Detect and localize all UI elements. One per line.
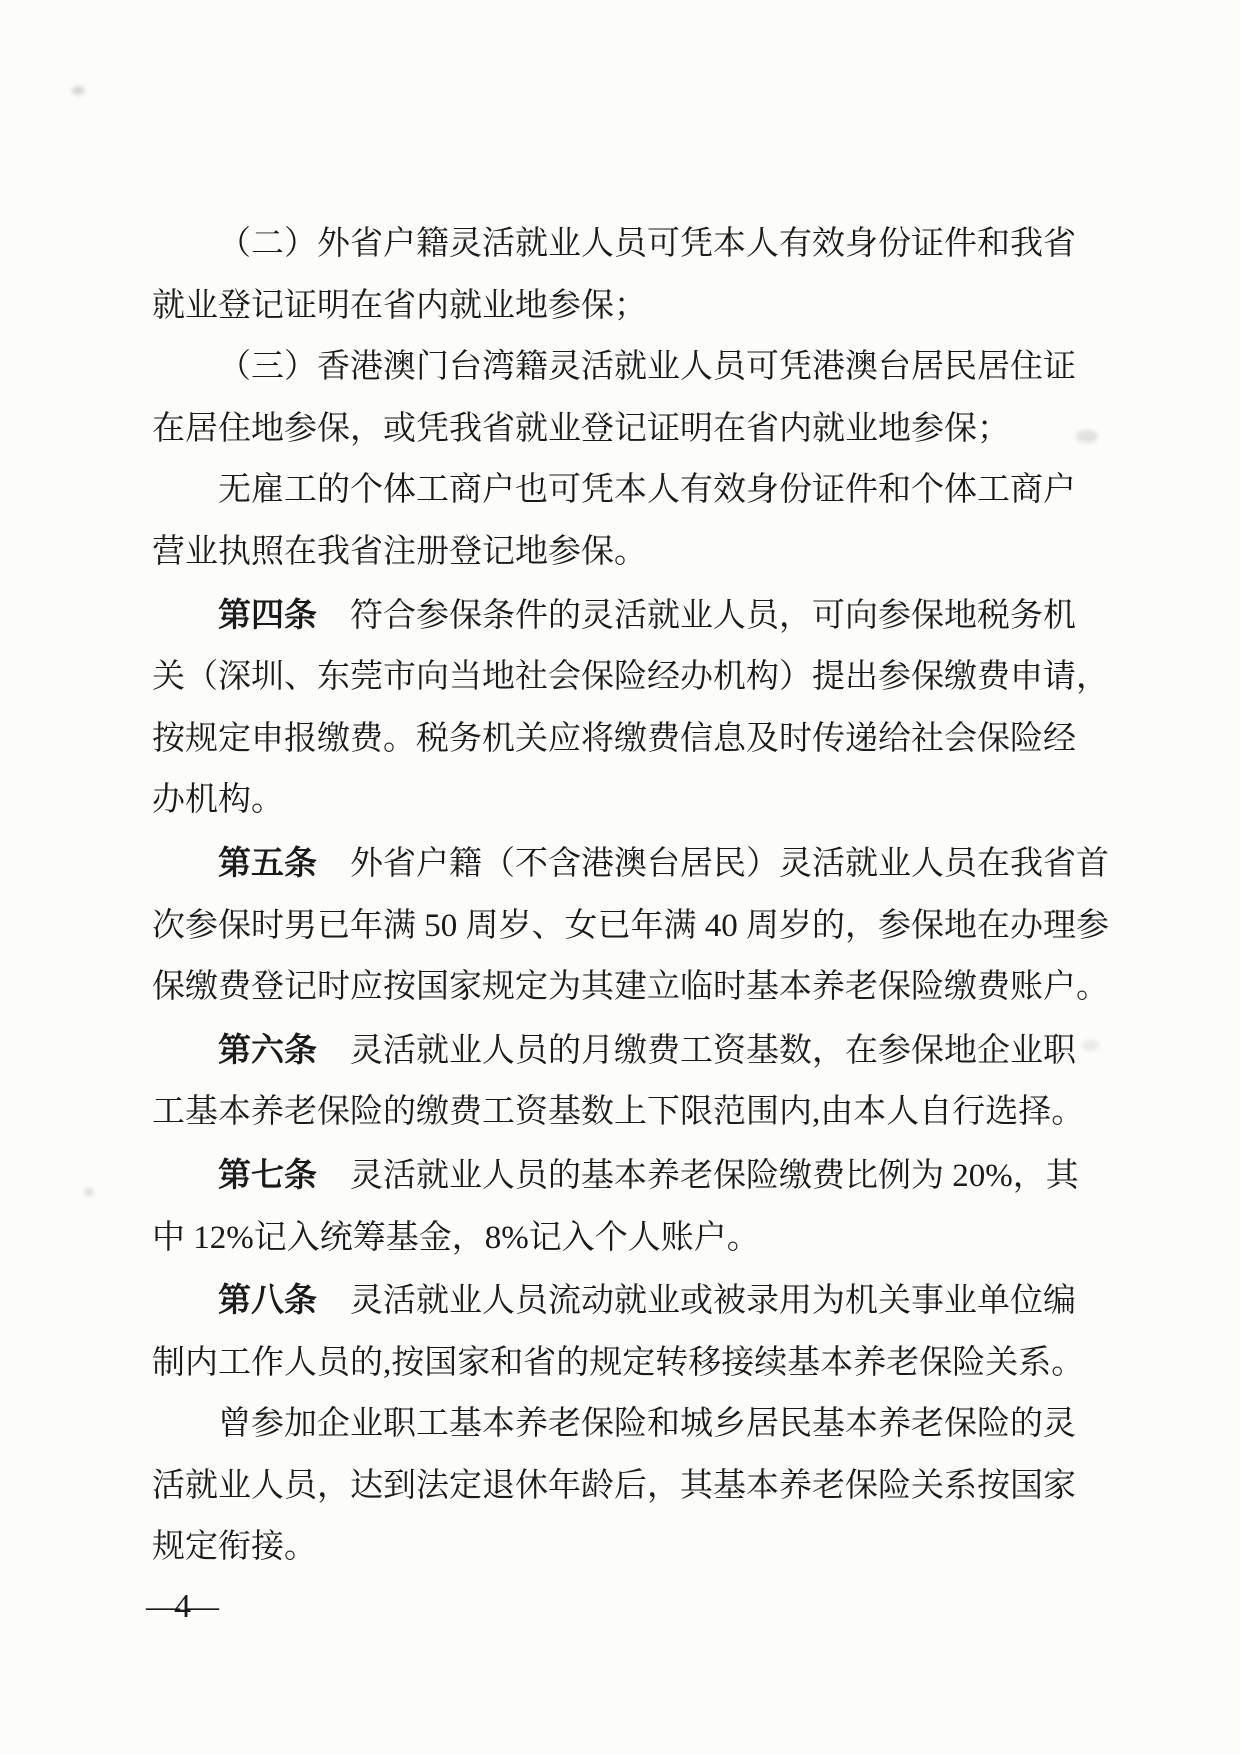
text-line: 第八条 灵活就业人员流动就业或被录用为机关事业单位编: [152, 1269, 1052, 1333]
line-text: 按规定申报缴费。税务机关应将缴费信息及时传递给社会保险经: [152, 721, 1076, 757]
line-text: 就业登记证明在省内就业地参保；: [152, 288, 647, 324]
line-text: 关（深圳、东莞市向当地社会保险经办机构）提出参保缴费申请，: [152, 659, 1109, 695]
text-line: 制内工作人员的,按国家和省的规定转移接续基本养老保险关系。: [152, 1333, 1052, 1395]
article-number: 第八条: [218, 1281, 317, 1318]
line-text: 保缴费登记时应按国家规定为其建立临时基本养老保险缴费账户。: [152, 969, 1109, 1005]
text-line: （三）香港澳门台湾籍灵活就业人员可凭港澳台居民居住证: [152, 337, 1052, 399]
text-line: 营业执照在我省注册登记地参保。: [152, 522, 1052, 584]
document-body: （二）外省户籍灵活就业人员可凭本人有效身份证件和我省就业登记证明在省内就业地参保…: [152, 214, 1052, 1579]
line-text: 无雇工的个体工商户也可凭本人有效身份证件和个体工商户: [218, 472, 1076, 508]
text-line: 规定衔接。: [152, 1517, 1052, 1579]
text-line: 第七条 灵活就业人员的基本养老保险缴费比例为 20%，其: [152, 1144, 1052, 1208]
line-text: （三）香港澳门台湾籍灵活就业人员可凭港澳台居民居住证: [218, 349, 1076, 385]
line-text: 中 12%记入统筹基金，8%记入个人账户。: [152, 1220, 760, 1256]
text-line: 工基本养老保险的缴费工资基数上下限范围内,由本人自行选择。: [152, 1082, 1052, 1144]
scan-speckle: [1076, 430, 1098, 443]
line-text: 规定衔接。: [152, 1529, 317, 1565]
text-line: 曾参加企业职工基本养老保险和城乡居民基本养老保险的灵: [152, 1394, 1052, 1456]
article-number: 第四条: [218, 596, 317, 633]
line-text: （二）外省户籍灵活就业人员可凭本人有效身份证件和我省: [218, 226, 1076, 262]
text-line: 中 12%记入统筹基金，8%记入个人账户。: [152, 1208, 1052, 1270]
text-line: 关（深圳、东莞市向当地社会保险经办机构）提出参保缴费申请，: [152, 647, 1052, 709]
text-line: 第五条 外省户籍（不含港澳台居民）灵活就业人员在我省首: [152, 832, 1052, 896]
text-line: 按规定申报缴费。税务机关应将缴费信息及时传递给社会保险经: [152, 709, 1052, 771]
line-text: 制内工作人员的,按国家和省的规定转移接续基本养老保险关系。: [152, 1345, 1084, 1381]
text-line: 办机构。: [152, 770, 1052, 832]
line-text: 次参保时男已年满 50 周岁、女已年满 40 周岁的，参保地在办理参: [152, 908, 1109, 944]
text-line: 活就业人员，达到法定退休年龄后，其基本养老保险关系按国家: [152, 1456, 1052, 1518]
text-line: 在居住地参保，或凭我省就业登记证明在省内就业地参保；: [152, 399, 1052, 461]
text-line: （二）外省户籍灵活就业人员可凭本人有效身份证件和我省: [152, 214, 1052, 276]
line-text: 工基本养老保险的缴费工资基数上下限范围内,由本人自行选择。: [152, 1094, 1084, 1130]
text-line: 就业登记证明在省内就业地参保；: [152, 276, 1052, 338]
text-line: 次参保时男已年满 50 周岁、女已年满 40 周岁的，参保地在办理参: [152, 896, 1052, 958]
line-text: 活就业人员，达到法定退休年龄后，其基本养老保险关系按国家: [152, 1468, 1076, 1504]
text-line: 第六条 灵活就业人员的月缴费工资基数，在参保地企业职: [152, 1019, 1052, 1083]
text-line: 无雇工的个体工商户也可凭本人有效身份证件和个体工商户: [152, 460, 1052, 522]
document-page: （二）外省户籍灵活就业人员可凭本人有效身份证件和我省就业登记证明在省内就业地参保…: [0, 0, 1240, 1754]
line-text: 办机构。: [152, 782, 284, 818]
line-text: 营业执照在我省注册登记地参保。: [152, 534, 647, 570]
line-text: 灵活就业人员的基本养老保险缴费比例为 20%，其: [317, 1158, 1079, 1194]
article-number: 第七条: [218, 1156, 317, 1193]
line-text: 外省户籍（不含港澳台居民）灵活就业人员在我省首: [317, 846, 1109, 882]
page-number: —4—: [146, 1588, 213, 1626]
text-line: 保缴费登记时应按国家规定为其建立临时基本养老保险缴费账户。: [152, 957, 1052, 1019]
article-number: 第五条: [218, 844, 317, 881]
scan-speckle: [72, 86, 85, 95]
line-text: 符合参保条件的灵活就业人员，可向参保地税务机: [317, 598, 1076, 634]
line-text: 灵活就业人员的月缴费工资基数，在参保地企业职: [317, 1033, 1076, 1069]
scan-speckle: [84, 1188, 94, 1196]
article-number: 第六条: [218, 1031, 317, 1068]
line-text: 灵活就业人员流动就业或被录用为机关事业单位编: [317, 1283, 1076, 1319]
line-text: 曾参加企业职工基本养老保险和城乡居民基本养老保险的灵: [218, 1406, 1076, 1442]
scan-speckle: [1082, 1040, 1099, 1051]
text-line: 第四条 符合参保条件的灵活就业人员，可向参保地税务机: [152, 584, 1052, 648]
line-text: 在居住地参保，或凭我省就业登记证明在省内就业地参保；: [152, 411, 1010, 447]
